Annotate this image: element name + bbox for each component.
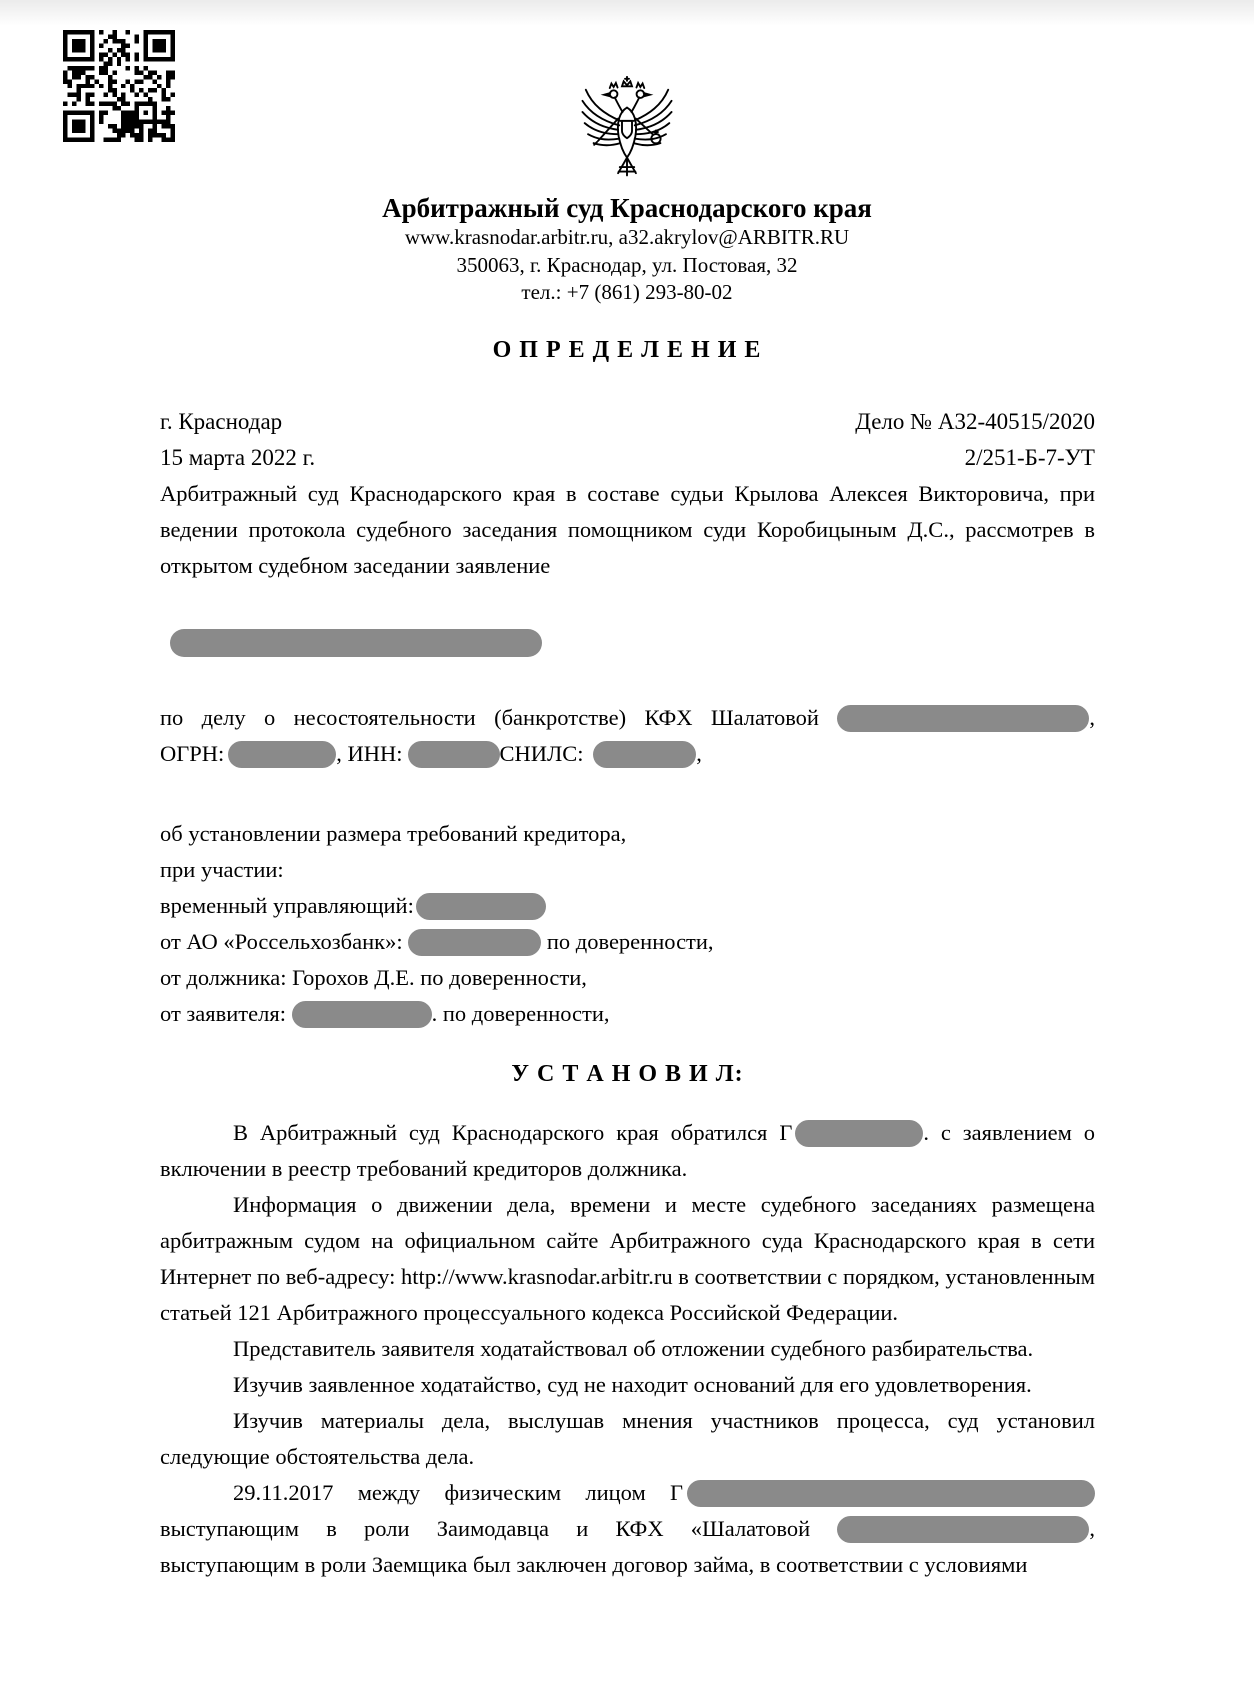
findings-p6-line2: выступающим в роли Заимодавца и КФХ «Шал…: [160, 1511, 1095, 1547]
participants-block: об установлении размера требований креди…: [160, 816, 1095, 1032]
findings-p3: Представитель заявителя ходатайствовал о…: [160, 1331, 1095, 1367]
snils-label: СНИЛС:: [500, 741, 584, 766]
findings-p1-line1: В Арбитражный суд Краснодарского края об…: [160, 1115, 1095, 1151]
court-document-page: Арбитражный суд Краснодарского края www.…: [0, 0, 1254, 1682]
case-line-2: ОГРН:, ИНН:СНИЛС: ,: [160, 736, 1095, 772]
bank-label: от АО «Россельхозбанк»:: [160, 929, 403, 954]
redaction-block-inn: [408, 741, 500, 768]
case-line1-text: по делу о несостоятельности (банкротстве…: [160, 705, 819, 730]
document-date: 15 марта 2022 г.: [160, 440, 315, 476]
meta-left: г. Краснодар 15 марта 2022 г.: [160, 404, 315, 476]
redaction-block-applicant-name: [170, 629, 542, 657]
court-name: Арбитражный суд Краснодарского края: [0, 192, 1254, 224]
attendance-line: при участии:: [160, 852, 1095, 888]
p1-text-mid: . с заявлением о: [923, 1120, 1095, 1145]
redaction-block-applicant-rep: [292, 1001, 432, 1028]
court-contact-line: www.krasnodar.arbitr.ru, a32.akrylov@ARB…: [0, 224, 1254, 252]
ogrn-label: ОГРН:: [160, 741, 224, 766]
intro-paragraph: Арбитражный суд Краснодарского края в со…: [160, 476, 1095, 584]
p1-text-pre: В Арбитражный суд Краснодарского края об…: [233, 1120, 792, 1145]
trustee-line: временный управляющий:: [160, 888, 1095, 924]
russia-coat-of-arms-icon: [568, 76, 686, 188]
claim-line: об установлении размера требований креди…: [160, 816, 1095, 852]
place-city: г. Краснодар: [160, 404, 315, 440]
document-title: О П Р Е Д Е Л Е Н И Е: [0, 337, 1254, 364]
court-address-line: 350063, г. Краснодар, ул. Постовая, 32: [0, 252, 1254, 280]
inn-label: , ИНН:: [336, 741, 402, 766]
findings-p6-line1: 29.11.2017 между физическим лицом Г: [160, 1475, 1095, 1511]
redaction-block-bank-rep: [408, 929, 541, 956]
case-paragraph: по делу о несостоятельности (банкротстве…: [160, 700, 1095, 772]
findings-p2: Информация о движении дела, времени и ме…: [160, 1187, 1095, 1331]
p6-text-l1: 29.11.2017 между физическим лицом Г: [233, 1480, 683, 1505]
redaction-block-ogrn: [228, 741, 336, 768]
redaction-block-borrower-name: [837, 1516, 1089, 1543]
case-index: 2/251-Б-7-УТ: [855, 440, 1095, 476]
bank-suffix: по доверенности,: [547, 929, 714, 954]
redaction-block-lender-name: [687, 1480, 1095, 1507]
findings-p1-line2: включении в реестр требований кредиторов…: [160, 1151, 1095, 1187]
applicant-suffix: . по доверенности,: [432, 1001, 610, 1026]
redaction-block-trustee: [416, 893, 546, 920]
debtor-representative-line: от должника: Горохов Д.Е. по доверенност…: [160, 960, 1095, 996]
applicant-label: от заявителя:: [160, 1001, 286, 1026]
trustee-label: временный управляющий:: [160, 893, 414, 918]
case-line2-comma: ,: [696, 741, 702, 766]
court-phone-line: тел.: +7 (861) 293-80-02: [0, 279, 1254, 307]
p6-l2-comma: ,: [1089, 1516, 1095, 1541]
findings-p6-line3: выступающим в роли Заемщика был заключен…: [160, 1547, 1095, 1583]
document-body: Арбитражный суд Краснодарского края в со…: [160, 476, 1095, 1583]
findings-p4: Изучив заявленное ходатайство, суд не на…: [160, 1367, 1095, 1403]
meta-right: Дело № А32-40515/2020 2/251-Б-7-УТ: [855, 404, 1095, 476]
redaction-block-claimant: [795, 1120, 923, 1147]
bank-representative-line: от АО «Россельхозбанк»: по доверенности,: [160, 924, 1095, 960]
case-line1-comma: ,: [1089, 705, 1095, 730]
document-header: Арбитражный суд Краснодарского края www.…: [0, 0, 1254, 307]
qr-code: [63, 30, 175, 142]
findings-p5: Изучив материалы дела, выслушав мнения у…: [160, 1403, 1095, 1475]
redaction-block-snils: [593, 741, 696, 768]
findings-block: В Арбитражный суд Краснодарского края об…: [160, 1115, 1095, 1583]
redaction-block-debtor-name: [837, 705, 1089, 732]
section-heading-ustanovil: У С Т А Н О В И Л:: [160, 1056, 1095, 1092]
case-line-1: по делу о несостоятельности (банкротстве…: [160, 700, 1095, 736]
case-number: Дело № А32-40515/2020: [855, 404, 1095, 440]
applicant-representative-line: от заявителя: . по доверенности,: [160, 996, 1095, 1032]
meta-row: г. Краснодар 15 марта 2022 г. Дело № А32…: [160, 404, 1095, 476]
p6-text-l2: выступающим в роли Заимодавца и КФХ «Шал…: [160, 1516, 810, 1541]
